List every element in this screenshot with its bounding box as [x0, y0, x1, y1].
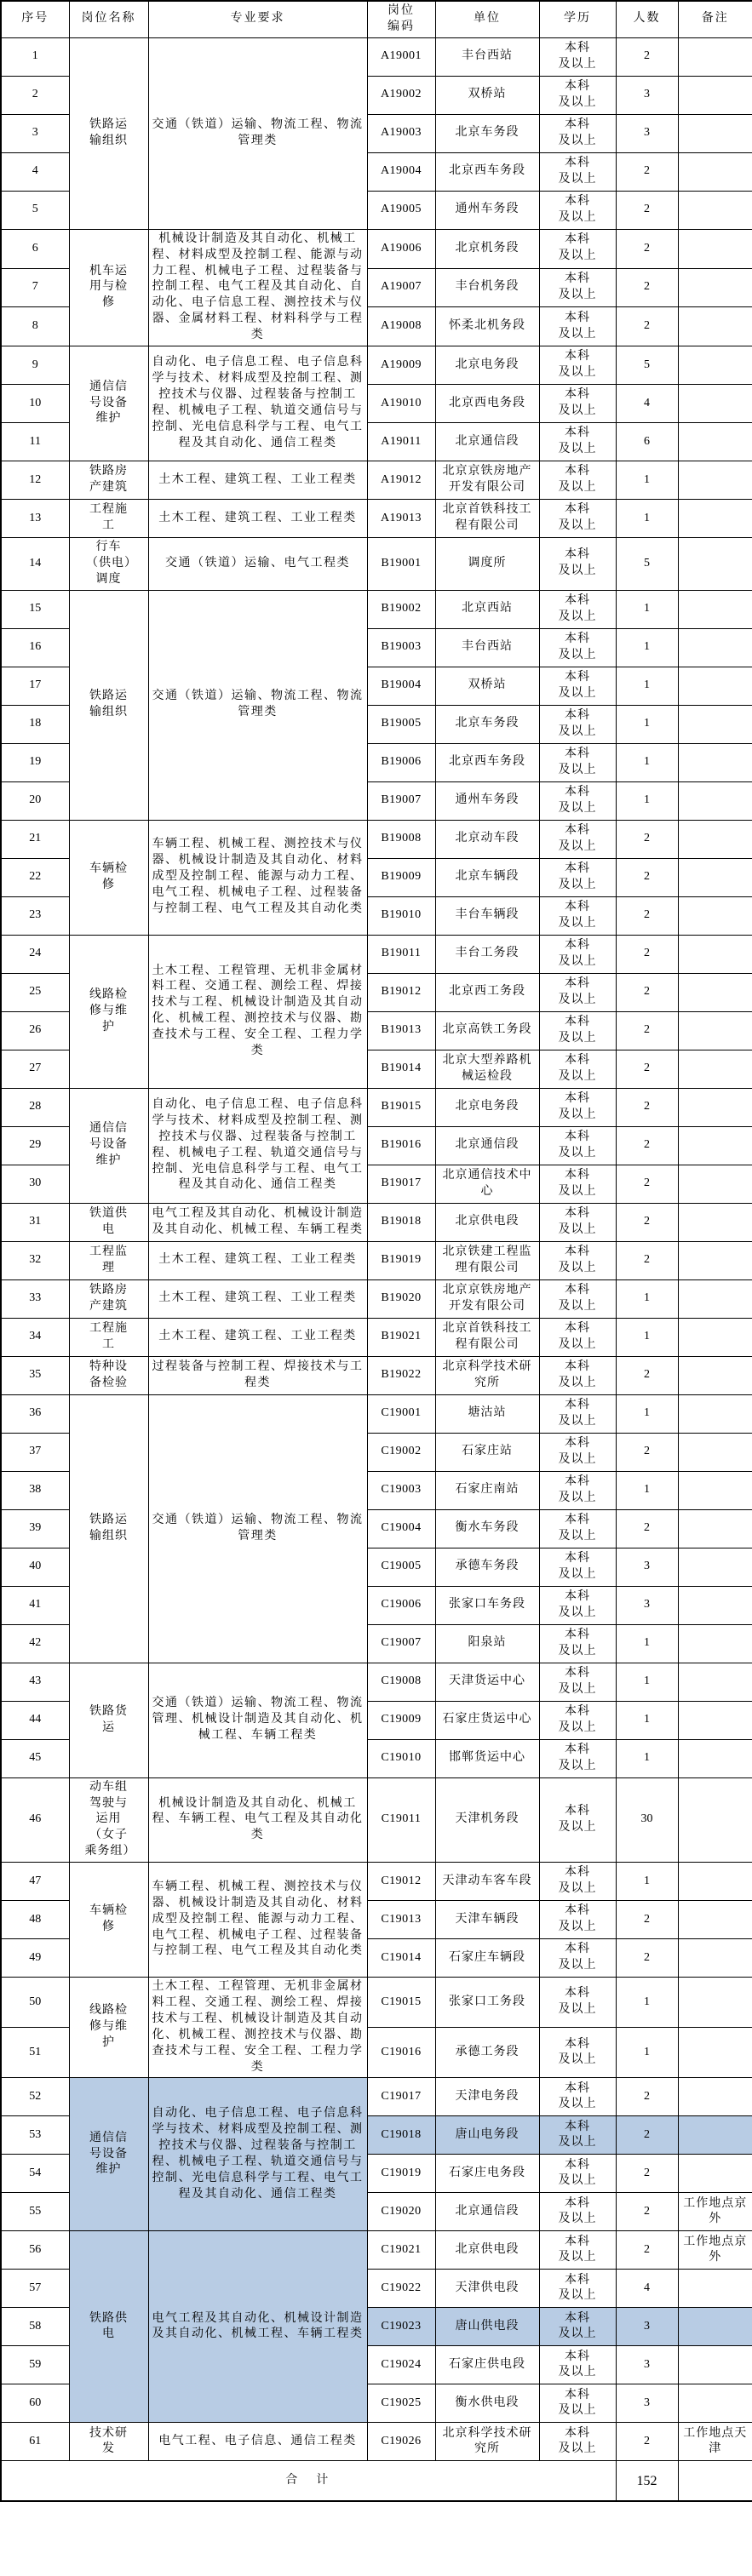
- job-code-cell: C19007: [367, 1624, 435, 1663]
- table-row: 35特种设备检验过程装备与控制工程、焊接技术与工程类B19022北京科学技术研究…: [1, 1356, 752, 1394]
- serial-cell: 3: [1, 114, 69, 152]
- job-code-cell: C19025: [367, 2384, 435, 2423]
- job-code-cell: C19017: [367, 2078, 435, 2116]
- remark-cell: [678, 2116, 752, 2155]
- table-row: 52通信信号设备维护自动化、电子信息工程、电子信息科学与技术、材料成型及控制工程…: [1, 2078, 752, 2116]
- job-code-cell: A19011: [367, 423, 435, 461]
- col-header-job-name: 岗位名称: [69, 1, 148, 37]
- serial-cell: 61: [1, 2423, 69, 2461]
- unit-cell: 衡水车务段: [435, 1509, 539, 1548]
- job-name-text: 车辆检修: [85, 862, 133, 894]
- headcount-cell: 1: [616, 1471, 678, 1509]
- remark-cell: [678, 1050, 752, 1088]
- serial-cell: 49: [1, 1939, 69, 1978]
- remark-cell: [678, 538, 752, 591]
- headcount-cell: 2: [616, 191, 678, 229]
- remark-cell: [678, 781, 752, 820]
- remark-cell: [678, 1777, 752, 1862]
- serial-cell: 9: [1, 346, 69, 385]
- job-name-cell: 工程施工: [69, 1318, 148, 1356]
- total-count-cell: 152: [616, 2461, 678, 2502]
- job-name-text: 技术研发: [85, 2426, 133, 2459]
- table-row: 32工程监理土木工程、建筑工程、工业工程类B19019北京铁建工程监理有限公司本…: [1, 1241, 752, 1279]
- job-code-cell: B19008: [367, 820, 435, 858]
- headcount-cell: 1: [616, 1663, 678, 1701]
- unit-cell: 北京车辆段: [435, 858, 539, 896]
- job-code-cell: B19012: [367, 973, 435, 1011]
- serial-cell: 17: [1, 667, 69, 705]
- headcount-cell: 2: [616, 820, 678, 858]
- recruitment-table: 序号 岗位名称 专业要求 岗位 编码 单位 学历 人数 备注 1铁路运输组织交通…: [0, 0, 752, 2502]
- table-row: 31铁道供电电气工程及其自动化、机械设计制造及其自动化、机械工程、车辆工程类B1…: [1, 1203, 752, 1241]
- unit-cell: 丰台车辆段: [435, 896, 539, 935]
- serial-cell: 16: [1, 628, 69, 667]
- education-cell: 本科 及以上: [539, 2193, 616, 2231]
- remark-cell: [678, 76, 752, 114]
- education-cell: 本科 及以上: [539, 2346, 616, 2384]
- requirements-cell: 车辆工程、机械工程、测控技术与仪器、机械设计制造及其自动化、材料成型及控制工程、…: [148, 820, 367, 935]
- unit-cell: 北京西工务段: [435, 973, 539, 1011]
- job-name-cell: 铁道供电: [69, 1203, 148, 1241]
- unit-cell: 丰台工务段: [435, 935, 539, 973]
- job-code-cell: A19008: [367, 307, 435, 346]
- job-code-cell: B19015: [367, 1088, 435, 1126]
- unit-cell: 石家庄南站: [435, 1471, 539, 1509]
- table-row: 15铁路运输组织交通（铁道）运输、物流工程、物流管理类B19002北京西站本科 …: [1, 590, 752, 628]
- serial-cell: 15: [1, 590, 69, 628]
- serial-cell: 36: [1, 1394, 69, 1433]
- remark-cell: [678, 1356, 752, 1394]
- job-name-text: 动车组驾驶与运用（女子乘务组）: [85, 1780, 133, 1860]
- headcount-cell: 2: [616, 37, 678, 76]
- unit-cell: 调度所: [435, 538, 539, 591]
- headcount-cell: 4: [616, 2270, 678, 2308]
- job-code-cell: B19018: [367, 1203, 435, 1241]
- job-name-cell: 铁路运输组织: [69, 37, 148, 229]
- education-cell: 本科 及以上: [539, 590, 616, 628]
- job-name-cell: 铁路运输组织: [69, 1394, 148, 1663]
- remark-cell: [678, 590, 752, 628]
- serial-cell: 18: [1, 705, 69, 743]
- headcount-cell: 2: [616, 858, 678, 896]
- serial-cell: 35: [1, 1356, 69, 1394]
- job-code-cell: B19019: [367, 1241, 435, 1279]
- job-code-cell: C19020: [367, 2193, 435, 2231]
- headcount-cell: 1: [616, 628, 678, 667]
- education-cell: 本科 及以上: [539, 1126, 616, 1165]
- job-code-cell: C19011: [367, 1777, 435, 1862]
- table-row: 12铁路房产建筑土木工程、建筑工程、工业工程类A19012北京京铁房地产开发有限…: [1, 461, 752, 500]
- remark-cell: [678, 461, 752, 500]
- job-code-cell: B19022: [367, 1356, 435, 1394]
- remark-cell: [678, 935, 752, 973]
- job-code-cell: B19002: [367, 590, 435, 628]
- job-code-cell: A19006: [367, 229, 435, 268]
- remark-cell: [678, 191, 752, 229]
- headcount-cell: 2: [616, 1901, 678, 1939]
- unit-cell: 通州车务段: [435, 781, 539, 820]
- job-code-cell: B19020: [367, 1279, 435, 1318]
- headcount-cell: 1: [616, 743, 678, 781]
- job-code-cell: C19001: [367, 1394, 435, 1433]
- remark-cell: [678, 705, 752, 743]
- unit-cell: 唐山供电段: [435, 2308, 539, 2346]
- education-cell: 本科 及以上: [539, 2384, 616, 2423]
- education-cell: 本科 及以上: [539, 1701, 616, 1739]
- job-name-cell: 铁路供电: [69, 2231, 148, 2423]
- education-cell: 本科 及以上: [539, 1901, 616, 1939]
- serial-cell: 46: [1, 1777, 69, 1862]
- remark-cell: [678, 896, 752, 935]
- education-cell: 本科 及以上: [539, 1203, 616, 1241]
- job-code-cell: C19010: [367, 1739, 435, 1777]
- job-code-cell: A19007: [367, 268, 435, 307]
- serial-cell: 45: [1, 1739, 69, 1777]
- job-name-text: 车辆检修: [85, 1903, 133, 1936]
- headcount-cell: 1: [616, 1701, 678, 1739]
- remark-cell: [678, 37, 752, 76]
- headcount-cell: 2: [616, 2193, 678, 2231]
- unit-cell: 唐山电务段: [435, 2116, 539, 2155]
- serial-cell: 8: [1, 307, 69, 346]
- headcount-cell: 2: [616, 2078, 678, 2116]
- education-cell: 本科 及以上: [539, 1739, 616, 1777]
- table-row: 61技术研发电气工程、电子信息、通信工程类C19026北京科学技术研究所本科 及…: [1, 2423, 752, 2461]
- unit-cell: 石家庄车辆段: [435, 1939, 539, 1978]
- remark-cell: [678, 2155, 752, 2193]
- job-name-cell: 通信信号设备维护: [69, 1088, 148, 1203]
- job-name-text: 机车运用与检修: [85, 264, 133, 312]
- table-row: 34工程施工土木工程、建筑工程、工业工程类B19021北京首铁科技工程有限公司本…: [1, 1318, 752, 1356]
- education-cell: 本科 及以上: [539, 1548, 616, 1586]
- requirements-cell: 电气工程及其自动化、机械设计制造及其自动化、机械工程、车辆工程类: [148, 1203, 367, 1241]
- remark-cell: [678, 346, 752, 385]
- remark-cell: [678, 229, 752, 268]
- requirements-cell: 交通（铁道）运输、物流工程、物流管理类: [148, 1394, 367, 1663]
- job-code-cell: C19003: [367, 1471, 435, 1509]
- serial-cell: 34: [1, 1318, 69, 1356]
- job-name-cell: 铁路房产建筑: [69, 1279, 148, 1318]
- education-cell: 本科 及以上: [539, 781, 616, 820]
- serial-cell: 54: [1, 2155, 69, 2193]
- education-cell: 本科 及以上: [539, 935, 616, 973]
- job-code-cell: B19009: [367, 858, 435, 896]
- unit-cell: 北京车务段: [435, 705, 539, 743]
- remark-cell: [678, 1088, 752, 1126]
- unit-cell: 张家口车务段: [435, 1586, 539, 1624]
- remark-cell: [678, 973, 752, 1011]
- requirements-cell: 电气工程、电子信息、通信工程类: [148, 2423, 367, 2461]
- unit-cell: 北京机务段: [435, 229, 539, 268]
- serial-cell: 23: [1, 896, 69, 935]
- education-cell: 本科 及以上: [539, 2155, 616, 2193]
- job-code-cell: B19004: [367, 667, 435, 705]
- education-cell: 本科 及以上: [539, 1863, 616, 1901]
- unit-cell: 天津货运中心: [435, 1663, 539, 1701]
- job-code-cell: B19014: [367, 1050, 435, 1088]
- unit-cell: 石家庄货运中心: [435, 1701, 539, 1739]
- job-code-cell: C19018: [367, 2116, 435, 2155]
- job-code-cell: C19024: [367, 2346, 435, 2384]
- table-row: 43铁路货运交通（铁道）运输、物流工程、物流管理、机械设计制造及其自动化、机械工…: [1, 1663, 752, 1701]
- job-name-cell: 通信信号设备维护: [69, 346, 148, 461]
- remark-cell: [678, 2384, 752, 2423]
- headcount-cell: 2: [616, 1939, 678, 1978]
- job-code-cell: B19003: [367, 628, 435, 667]
- job-code-cell: B19021: [367, 1318, 435, 1356]
- serial-cell: 30: [1, 1165, 69, 1203]
- headcount-cell: 6: [616, 423, 678, 461]
- job-code-cell: C19009: [367, 1701, 435, 1739]
- unit-cell: 承德车务段: [435, 1548, 539, 1586]
- serial-cell: 41: [1, 1586, 69, 1624]
- remark-cell: [678, 820, 752, 858]
- unit-cell: 衡水供电段: [435, 2384, 539, 2423]
- serial-cell: 1: [1, 37, 69, 76]
- job-code-cell: C19019: [367, 2155, 435, 2193]
- serial-cell: 29: [1, 1126, 69, 1165]
- education-cell: 本科 及以上: [539, 76, 616, 114]
- job-code-cell: C19023: [367, 2308, 435, 2346]
- unit-cell: 天津供电段: [435, 2270, 539, 2308]
- table-body: 1铁路运输组织交通（铁道）运输、物流工程、物流管理类A19001丰台西站本科 及…: [1, 37, 752, 2461]
- serial-cell: 10: [1, 385, 69, 423]
- job-name-text: 行车（供电）调度: [85, 540, 133, 588]
- headcount-cell: 2: [616, 2423, 678, 2461]
- headcount-cell: 2: [616, 896, 678, 935]
- headcount-cell: 1: [616, 590, 678, 628]
- remark-cell: [678, 1701, 752, 1739]
- education-cell: 本科 及以上: [539, 858, 616, 896]
- unit-cell: 阳泉站: [435, 1624, 539, 1663]
- education-cell: 本科 及以上: [539, 743, 616, 781]
- unit-cell: 天津动车客车段: [435, 1863, 539, 1901]
- education-cell: 本科 及以上: [539, 2028, 616, 2078]
- table-row: 46动车组驾驶与运用（女子乘务组）机械设计制造及其自动化、机械工程、车辆工程、电…: [1, 1777, 752, 1862]
- education-cell: 本科 及以上: [539, 1050, 616, 1088]
- serial-cell: 19: [1, 743, 69, 781]
- remark-cell: 工作地点京外: [678, 2231, 752, 2270]
- serial-cell: 60: [1, 2384, 69, 2423]
- education-cell: 本科 及以上: [539, 1663, 616, 1701]
- education-cell: 本科 及以上: [539, 2231, 616, 2270]
- col-header-headcount: 人数: [616, 1, 678, 37]
- serial-cell: 25: [1, 973, 69, 1011]
- serial-cell: 13: [1, 500, 69, 538]
- job-code-cell: C19015: [367, 1978, 435, 2028]
- serial-cell: 21: [1, 820, 69, 858]
- remark-cell: [678, 1433, 752, 1471]
- headcount-cell: 2: [616, 2155, 678, 2193]
- serial-cell: 59: [1, 2346, 69, 2384]
- unit-cell: 北京京铁房地产开发有限公司: [435, 1279, 539, 1318]
- headcount-cell: 2: [616, 1126, 678, 1165]
- remark-cell: 工作地点京外: [678, 2193, 752, 2231]
- unit-cell: 北京供电段: [435, 2231, 539, 2270]
- education-cell: 本科 及以上: [539, 1939, 616, 1978]
- education-cell: 本科 及以上: [539, 1318, 616, 1356]
- serial-cell: 14: [1, 538, 69, 591]
- job-name-text: 铁路房产建筑: [85, 464, 133, 496]
- remark-cell: [678, 1663, 752, 1701]
- headcount-cell: 1: [616, 705, 678, 743]
- remark-cell: [678, 2308, 752, 2346]
- job-code-cell: C19016: [367, 2028, 435, 2078]
- serial-cell: 42: [1, 1624, 69, 1663]
- unit-cell: 北京供电段: [435, 1203, 539, 1241]
- unit-cell: 邯郸货运中心: [435, 1739, 539, 1777]
- job-name-cell: 技术研发: [69, 2423, 148, 2461]
- job-name-cell: 车辆检修: [69, 820, 148, 935]
- remark-cell: [678, 2346, 752, 2384]
- serial-cell: 7: [1, 268, 69, 307]
- job-name-cell: 动车组驾驶与运用（女子乘务组）: [69, 1777, 148, 1862]
- education-cell: 本科 及以上: [539, 1509, 616, 1548]
- job-name-cell: 特种设备检验: [69, 1356, 148, 1394]
- unit-cell: 通州车务段: [435, 191, 539, 229]
- serial-cell: 51: [1, 2028, 69, 2078]
- job-code-cell: A19012: [367, 461, 435, 500]
- remark-cell: [678, 858, 752, 896]
- unit-cell: 北京电务段: [435, 1088, 539, 1126]
- job-code-cell: B19017: [367, 1165, 435, 1203]
- requirements-cell: 交通（铁道）运输、物流工程、物流管理类: [148, 590, 367, 820]
- headcount-cell: 2: [616, 1203, 678, 1241]
- requirements-cell: 过程装备与控制工程、焊接技术与工程类: [148, 1356, 367, 1394]
- serial-cell: 38: [1, 1471, 69, 1509]
- table-row: 50线路检修与维护土木工程、工程管理、无机非金属材料工程、交通工程、测绘工程、焊…: [1, 1978, 752, 2028]
- remark-cell: [678, 114, 752, 152]
- job-name-text: 铁路供电: [85, 2311, 133, 2344]
- headcount-cell: 2: [616, 1433, 678, 1471]
- serial-cell: 32: [1, 1241, 69, 1279]
- unit-cell: 北京首铁科技工程有限公司: [435, 500, 539, 538]
- unit-cell: 天津电务段: [435, 2078, 539, 2116]
- serial-cell: 24: [1, 935, 69, 973]
- table-row: 33铁路房产建筑土木工程、建筑工程、工业工程类B19020北京京铁房地产开发有限…: [1, 1279, 752, 1318]
- unit-cell: 丰台西站: [435, 628, 539, 667]
- requirements-cell: 自动化、电子信息工程、电子信息科学与技术、材料成型及控制工程、测控技术与仪器、过…: [148, 1088, 367, 1203]
- unit-cell: 双桥站: [435, 667, 539, 705]
- job-name-cell: 铁路房产建筑: [69, 461, 148, 500]
- unit-cell: 北京通信段: [435, 1126, 539, 1165]
- col-header-education: 学历: [539, 1, 616, 37]
- job-name-cell: 线路检修与维护: [69, 1978, 148, 2078]
- remark-cell: [678, 1863, 752, 1901]
- unit-cell: 北京科学技术研究所: [435, 2423, 539, 2461]
- education-cell: 本科 及以上: [539, 1394, 616, 1433]
- job-code-cell: B19007: [367, 781, 435, 820]
- requirements-cell: 交通（铁道）运输、物流工程、物流管理类: [148, 37, 367, 229]
- headcount-cell: 3: [616, 1548, 678, 1586]
- education-cell: 本科 及以上: [539, 229, 616, 268]
- headcount-cell: 1: [616, 500, 678, 538]
- unit-cell: 石家庄供电段: [435, 2346, 539, 2384]
- headcount-cell: 30: [616, 1777, 678, 1862]
- headcount-cell: 1: [616, 2028, 678, 2078]
- job-name-text: 线路检修与维护: [85, 987, 133, 1036]
- col-header-job-code: 岗位 编码: [367, 1, 435, 37]
- job-code-cell: A19004: [367, 152, 435, 191]
- headcount-cell: 3: [616, 114, 678, 152]
- job-code-cell: C19012: [367, 1863, 435, 1901]
- remark-cell: [678, 268, 752, 307]
- education-cell: 本科 及以上: [539, 820, 616, 858]
- headcount-cell: 2: [616, 1509, 678, 1548]
- remark-cell: [678, 307, 752, 346]
- unit-cell: 北京科学技术研究所: [435, 1356, 539, 1394]
- job-name-cell: 车辆检修: [69, 1863, 148, 1978]
- serial-cell: 43: [1, 1663, 69, 1701]
- education-cell: 本科 及以上: [539, 346, 616, 385]
- headcount-cell: 4: [616, 385, 678, 423]
- job-name-cell: 铁路货运: [69, 1663, 148, 1777]
- headcount-cell: 2: [616, 2231, 678, 2270]
- serial-cell: 6: [1, 229, 69, 268]
- education-cell: 本科 及以上: [539, 1586, 616, 1624]
- job-name-cell: 工程监理: [69, 1241, 148, 1279]
- job-code-cell: C19013: [367, 1901, 435, 1939]
- unit-cell: 北京西站: [435, 590, 539, 628]
- headcount-cell: 2: [616, 268, 678, 307]
- job-code-cell: C19006: [367, 1586, 435, 1624]
- unit-cell: 塘沽站: [435, 1394, 539, 1433]
- remark-cell: [678, 1165, 752, 1203]
- remark-cell: [678, 1241, 752, 1279]
- remark-cell: [678, 2028, 752, 2078]
- job-code-cell: C19014: [367, 1939, 435, 1978]
- headcount-cell: 1: [616, 1739, 678, 1777]
- serial-cell: 48: [1, 1901, 69, 1939]
- job-code-cell: C19005: [367, 1548, 435, 1586]
- serial-cell: 27: [1, 1050, 69, 1088]
- requirements-cell: 土木工程、建筑工程、工业工程类: [148, 500, 367, 538]
- job-name-text: 线路检修与维护: [85, 2003, 133, 2052]
- education-cell: 本科 及以上: [539, 152, 616, 191]
- col-header-remark: 备注: [678, 1, 752, 37]
- job-code-cell: B19006: [367, 743, 435, 781]
- table-row: 36铁路运输组织交通（铁道）运输、物流工程、物流管理类C19001塘沽站本科 及…: [1, 1394, 752, 1433]
- job-name-cell: 行车（供电）调度: [69, 538, 148, 591]
- headcount-cell: 3: [616, 2308, 678, 2346]
- education-cell: 本科 及以上: [539, 191, 616, 229]
- headcount-cell: 2: [616, 1011, 678, 1050]
- unit-cell: 北京大型养路机械运检段: [435, 1050, 539, 1088]
- job-code-cell: B19005: [367, 705, 435, 743]
- job-name-text: 铁路房产建筑: [85, 1283, 133, 1315]
- serial-cell: 37: [1, 1433, 69, 1471]
- education-cell: 本科 及以上: [539, 2308, 616, 2346]
- serial-cell: 39: [1, 1509, 69, 1548]
- serial-cell: 5: [1, 191, 69, 229]
- job-code-cell: B19001: [367, 538, 435, 591]
- serial-cell: 31: [1, 1203, 69, 1241]
- job-code-cell: A19001: [367, 37, 435, 76]
- serial-cell: 52: [1, 2078, 69, 2116]
- headcount-cell: 1: [616, 1279, 678, 1318]
- headcount-cell: 5: [616, 346, 678, 385]
- education-cell: 本科 及以上: [539, 1241, 616, 1279]
- job-name-cell: 线路检修与维护: [69, 935, 148, 1088]
- job-name-cell: 机车运用与检修: [69, 229, 148, 346]
- table-row: 28通信信号设备维护自动化、电子信息工程、电子信息科学与技术、材料成型及控制工程…: [1, 1088, 752, 1126]
- unit-cell: 石家庄站: [435, 1433, 539, 1471]
- table-row: 56铁路供电电气工程及其自动化、机械设计制造及其自动化、机械工程、车辆工程类C1…: [1, 2231, 752, 2270]
- remark-cell: [678, 667, 752, 705]
- education-cell: 本科 及以上: [539, 896, 616, 935]
- remark-cell: [678, 385, 752, 423]
- job-code-cell: B19011: [367, 935, 435, 973]
